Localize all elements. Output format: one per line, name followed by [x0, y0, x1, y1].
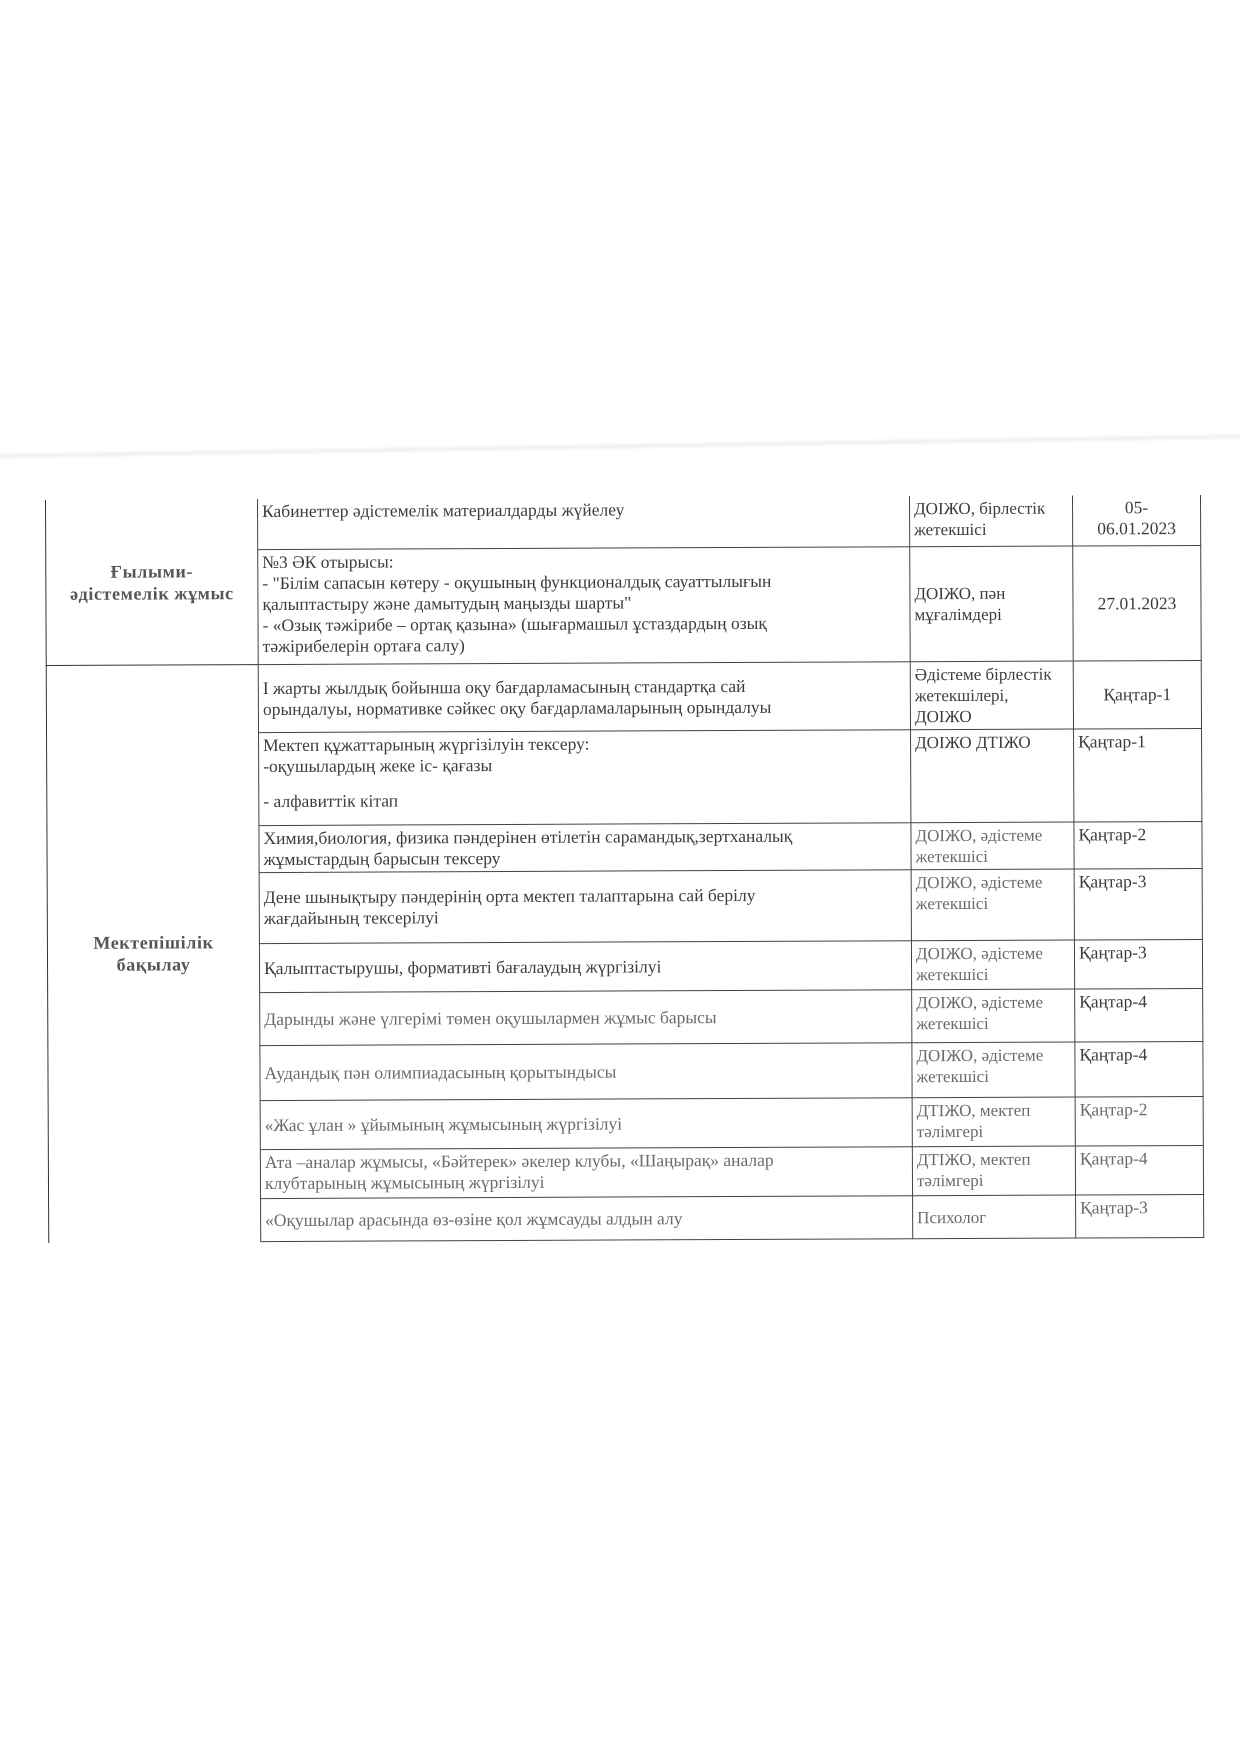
date-cell: Қаңтар-3 [1074, 939, 1202, 989]
activity-text: Қалыптастырушы, формативті бағалаудың жү… [264, 955, 907, 979]
activity-cell: Мектеп құжаттарының жүргізілуін тексеру:… [259, 730, 911, 826]
responsible-text: Психолог [917, 1206, 1071, 1228]
date-cell: Қаңтар-2 [1075, 1096, 1203, 1146]
section-title-line: Ғылыми- [50, 560, 253, 583]
document-page: Ғылыми- әдістемелік жұмыс Кабинеттер әді… [45, 495, 1203, 1243]
activity-cell: І жарты жылдық бойынша оқу бағдарламасын… [258, 662, 910, 733]
responsible-text: ДОІЖО, әдістеме [916, 872, 1070, 894]
responsible-cell: ДОІЖО, бірлестік жетекшісі [909, 496, 1072, 547]
scan-page-edge [0, 433, 1240, 460]
date-cell: Қаңтар-2 [1074, 821, 1202, 869]
responsible-text: ДОІЖО [915, 706, 1069, 728]
activity-cell: Қалыптастырушы, формативті бағалаудың жү… [259, 941, 911, 993]
date-cell: Қаңтар-3 [1074, 868, 1202, 940]
date-text: Қаңтар-4 [1079, 1044, 1198, 1066]
activity-text: №3 ӘК отырысы: [262, 549, 905, 573]
responsible-text: ДТІЖО, мектеп [917, 1100, 1071, 1122]
activity-cell: Аудандық пән олимпиадасының қорытындысы [260, 1043, 912, 1101]
responsible-text: Әдістеме бірлестік [915, 664, 1069, 686]
date-text: Қаңтар-4 [1080, 1148, 1199, 1170]
date-text: Қаңтар-2 [1080, 1099, 1199, 1121]
activity-cell: Кабинеттер әдістемелік материалдарды жүй… [257, 496, 909, 549]
activity-text: тәжірибелерін ортаға салу) [263, 633, 906, 657]
table-row: Мектепішілік бақылау І жарты жылдық бойы… [46, 660, 1201, 733]
activity-text: жағдайының тексерілуі [264, 905, 907, 929]
date-cell: Қаңтар-4 [1075, 988, 1203, 1042]
responsible-cell: ДТІЖО, мектеп тәлімгері [912, 1097, 1075, 1147]
date-cell: Қаңтар-4 [1075, 1145, 1203, 1195]
activity-text: - алфавиттік кітап [263, 788, 906, 812]
responsible-text: жетекшісі [916, 893, 1070, 915]
activity-text: І жарты жылдық бойынша оқу бағдарламасын… [263, 675, 906, 699]
responsible-cell: ДОІЖО, әдістеме жетекшісі [911, 869, 1074, 941]
responsible-cell: ДОІЖО, әдістеме жетекшісі [911, 822, 1074, 870]
activity-text: -оқушылардың жеке іс- қағазы [263, 753, 906, 777]
date-text: 27.01.2023 [1077, 592, 1196, 614]
date-text: Қаңтар-3 [1079, 871, 1198, 893]
activity-text: Ата –аналар жұмысы, «Бәйтерек» әкелер кл… [265, 1149, 908, 1173]
responsible-cell: ДОІЖО, әдістеме жетекшісі [912, 989, 1075, 1043]
activity-text: қалыптастыру және дамытудың маңызды шарт… [262, 591, 905, 615]
date-text: Қаңтар-4 [1079, 991, 1198, 1013]
activity-text: Аудандық пән олимпиадасының қорытындысы [264, 1060, 907, 1084]
activity-text: «Жас ұлан » ұйымының жұмысының жүргізілу… [265, 1112, 908, 1136]
section-title-line: әдістемелік жұмыс [50, 582, 253, 605]
responsible-text: жетекшілері, [915, 685, 1069, 707]
section-title-line: Мектепішілік [52, 931, 255, 954]
activity-text: орындалуы, нормативке сәйкес оқу бағдарл… [263, 696, 906, 720]
activity-text: Дарынды және үлгерімі төмен оқушылармен … [264, 1006, 907, 1030]
activity-cell: Дене шынықтыру пәндерінің орта мектеп та… [259, 870, 911, 944]
responsible-text: ДОІЖО, әдістеме [916, 992, 1070, 1014]
date-text: 05- [1077, 497, 1196, 519]
responsible-text: ДОІЖО ДТІЖО [915, 732, 1069, 754]
responsible-cell: Әдістеме бірлестік жетекшілері, ДОІЖО [910, 661, 1073, 730]
date-text: Қаңтар-3 [1080, 1197, 1199, 1219]
responsible-text: ДОІЖО, әдістеме [916, 943, 1070, 965]
date-cell: 27.01.2023 [1073, 545, 1202, 661]
date-text: Қаңтар-1 [1078, 731, 1197, 753]
activity-text: - "Білім сапасын көтеру - оқушының функц… [262, 570, 905, 594]
section-title-line: бақылау [52, 953, 255, 976]
responsible-text: тәлімгері [917, 1170, 1071, 1192]
activity-cell: Ата –аналар жұмысы, «Бәйтерек» әкелер кл… [260, 1147, 912, 1199]
date-text: Қаңтар-2 [1078, 824, 1197, 846]
responsible-text: жетекшісі [916, 964, 1070, 986]
activity-cell: №3 ӘК отырысы: - "Білім сапасын көтеру -… [258, 547, 910, 665]
responsible-cell: ДОІЖО, әдістеме жетекшісі [911, 940, 1074, 990]
date-cell: Қаңтар-4 [1075, 1041, 1203, 1097]
activity-text: Мектеп құжаттарының жүргізілуін тексеру: [263, 732, 906, 756]
responsible-text: тәлімгері [917, 1121, 1071, 1143]
activity-text: Кабинеттер әдістемелік материалдарды жүй… [262, 498, 905, 522]
responsible-cell: ДОІЖО, пән мұғалімдері [910, 546, 1074, 662]
activity-cell: Химия,биология, физика пәндерінен өтілет… [259, 823, 911, 873]
responsible-text: ДОІЖО, әдістеме [916, 1045, 1070, 1067]
responsible-text: ДОІЖО, бірлестік [914, 498, 1068, 520]
section-title-scientific-methodical: Ғылыми- әдістемелік жұмыс [45, 499, 258, 665]
date-text: 06.01.2023 [1077, 518, 1196, 540]
table-row: Ғылыми- әдістемелік жұмыс Кабинеттер әді… [45, 495, 1200, 551]
date-cell: Қаңтар-1 [1073, 660, 1201, 729]
responsible-cell: Психолог [913, 1195, 1076, 1239]
responsible-text: жетекшісі [916, 1066, 1070, 1088]
responsible-cell: ДОІЖО ДТІЖО [911, 729, 1074, 823]
responsible-text: жетекшісі [916, 1013, 1070, 1035]
activity-text: «Оқушылар арасында өз-өзіне қол жұмсауды… [265, 1207, 908, 1231]
activity-text: Химия,биология, физика пәндерінен өтілет… [263, 825, 906, 849]
date-cell: 05- 06.01.2023 [1072, 495, 1200, 546]
activity-cell: «Оқушылар арасында өз-өзіне қол жұмсауды… [261, 1196, 913, 1242]
responsible-text: ДТІЖО, мектеп [917, 1149, 1071, 1171]
responsible-cell: ДОІЖО, әдістеме жетекшісі [912, 1042, 1075, 1098]
section-title-internal-control: Мектепішілік бақылау [46, 665, 261, 1243]
date-cell: Қаңтар-3 [1076, 1194, 1204, 1238]
responsible-text: жетекшісі [914, 519, 1068, 541]
activity-text: Дене шынықтыру пәндерінің орта мектеп та… [264, 884, 907, 908]
activity-cell: Дарынды және үлгерімі төмен оқушылармен … [260, 990, 912, 1046]
plan-table: Ғылыми- әдістемелік жұмыс Кабинеттер әді… [45, 495, 1204, 1243]
activity-text: клубтарының жұмысының жүргізілуі [265, 1170, 908, 1194]
responsible-text: жетекшісі [916, 846, 1070, 868]
activity-text: жұмыстардың барысын тексеру [264, 846, 907, 870]
date-cell: Қаңтар-1 [1074, 728, 1202, 822]
responsible-cell: ДТІЖО, мектеп тәлімгері [912, 1146, 1075, 1196]
responsible-text: ДОІЖО, әдістеме [915, 825, 1069, 847]
responsible-text: мұғалімдері [914, 604, 1068, 626]
date-text: Қаңтар-1 [1078, 684, 1197, 706]
responsible-text: ДОІЖО, пән [914, 583, 1068, 605]
date-text: Қаңтар-3 [1079, 942, 1198, 964]
activity-text: - «Озық тәжірибе – ортақ қазына» (шығарм… [263, 612, 906, 636]
activity-cell: «Жас ұлан » ұйымының жұмысының жүргізілу… [260, 1098, 912, 1150]
